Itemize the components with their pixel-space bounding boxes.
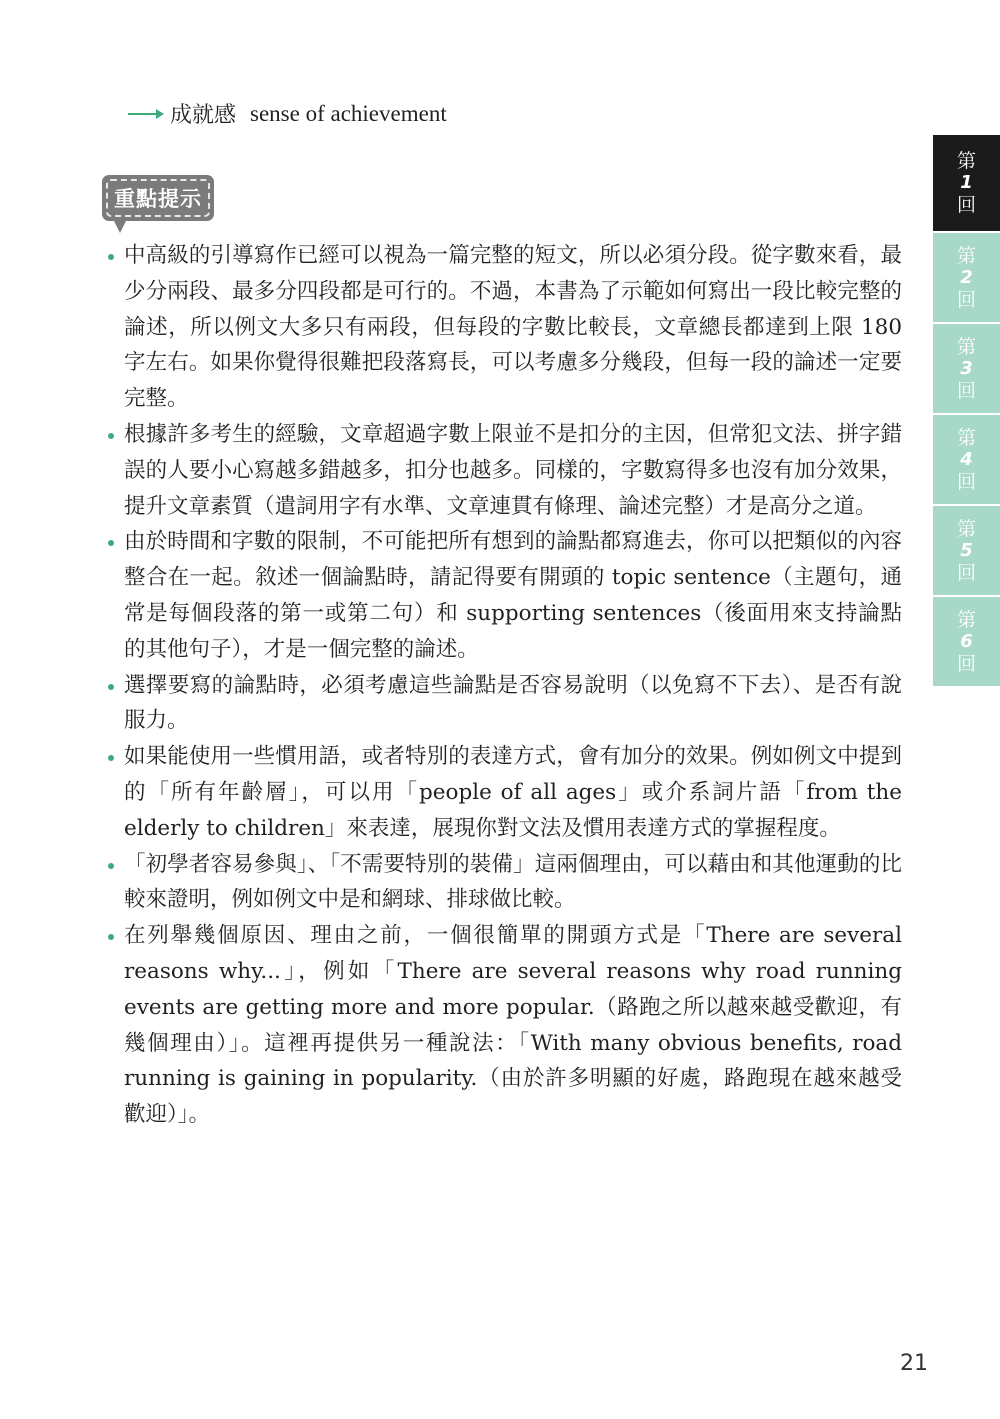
- list-item: 「初學者容易參與」、「不需要特別的裝備」這兩個理由，可以藉由和其他運動的比較來證…: [104, 847, 902, 919]
- tab-chapter-6[interactable]: 第 6 回: [933, 597, 1000, 686]
- list-item: 由於時間和字數的限制，不可能把所有想到的論點都寫進去，你可以把類似的內容整合在一…: [104, 524, 902, 667]
- vocab-en: sense of achievement: [250, 101, 447, 127]
- tips-list: 中高級的引導寫作已經可以視為一篇完整的短文，所以必須分段。從字數來看，最少分兩段…: [104, 238, 902, 1133]
- section-badge: 重點提示: [102, 175, 214, 221]
- list-item: 在列舉幾個原因、理由之前，一個很簡單的開頭方式是「There are sever…: [104, 918, 902, 1133]
- section-title: 重點提示: [106, 179, 210, 217]
- tab-chapter-1[interactable]: 第 1 回: [933, 135, 1000, 231]
- page-number: 21: [900, 1351, 928, 1376]
- list-item: 選擇要寫的論點時，必須考慮這些論點是否容易說明（以免寫不下去）、是否有說服力。: [104, 668, 902, 740]
- arrow-icon: [128, 113, 162, 115]
- list-item: 如果能使用一些慣用語，或者特別的表達方式，會有加分的效果。例如例文中提到的「所有…: [104, 739, 902, 846]
- vocab-zh: 成就感: [170, 98, 236, 129]
- list-item: 中高級的引導寫作已經可以視為一篇完整的短文，所以必須分段。從字數來看，最少分兩段…: [104, 238, 902, 417]
- list-item: 根據許多考生的經驗，文章超過字數上限並不是扣分的主因，但常犯文法、拼字錯誤的人要…: [104, 417, 902, 524]
- tab-chapter-3[interactable]: 第 3 回: [933, 324, 1000, 413]
- chapter-tabs: 第 1 回 第 2 回 第 3 回 第 4 回 第 5 回 第 6 回: [933, 135, 1000, 688]
- vocab-entry: 成就感 sense of achievement: [128, 98, 447, 129]
- tab-chapter-5[interactable]: 第 5 回: [933, 506, 1000, 595]
- tab-chapter-2[interactable]: 第 2 回: [933, 233, 1000, 322]
- speech-tail-icon: [114, 221, 126, 233]
- tab-chapter-4[interactable]: 第 4 回: [933, 415, 1000, 504]
